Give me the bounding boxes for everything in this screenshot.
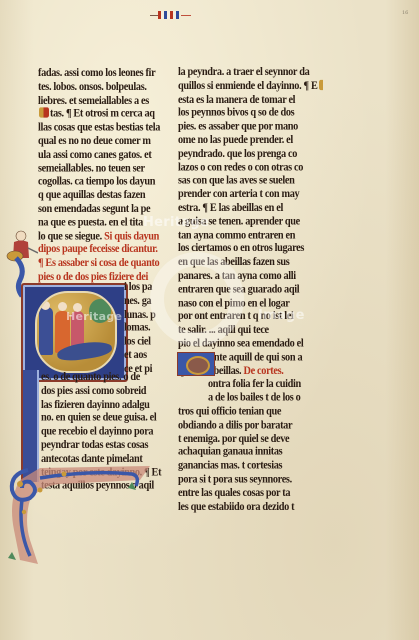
text-line: fadas. assi como los leones fir	[38, 67, 166, 81]
text-line: naso con el pimo en el logar	[178, 297, 323, 311]
figure-icon	[39, 307, 53, 355]
text-line: quillos si enmiende el dayinno. ¶ E	[178, 80, 323, 94]
manuscript-page: 16 fadas. assi como los leones fir tes. …	[0, 0, 419, 640]
text-line: cogollas. ca tiempo los dayun	[38, 176, 166, 190]
figure-head-icon	[41, 301, 50, 310]
text-line: pies. es assaber que por mano	[178, 120, 323, 134]
paragraph-initial-icon	[39, 108, 49, 118]
rubric-line: dipos paupe feceisse dicantur.	[38, 243, 166, 257]
text-line: los ciertamos o en otros lugares	[178, 242, 323, 256]
historiated-initial	[21, 283, 128, 382]
text-line: no. en quien se deue guisa. el	[41, 412, 169, 426]
running-header-ornament	[150, 10, 202, 20]
text-line: ome no las puede prender. el	[178, 134, 323, 148]
small-initial-icon	[177, 352, 215, 376]
text-line: qual es no no deue comer m	[38, 135, 166, 149]
initial-ornament-icon	[186, 356, 210, 375]
text-line: sas con que las aves se suelen	[178, 175, 323, 189]
text-line: tros qui officio tenian que	[178, 405, 323, 419]
text-line: prender con arteria t con may	[178, 188, 323, 202]
text-line: tas. ¶ Et otrosi m cerca aq	[38, 108, 166, 122]
text-line: los peynnos bivos q so de dos	[178, 107, 323, 121]
tree-icon	[89, 299, 111, 323]
text-line: los ciel	[124, 335, 169, 349]
text-line: q que aquillas destas fazen	[38, 189, 166, 203]
text-line: les que estabiido ora dezido t	[178, 500, 323, 514]
text-line: ganancias mas. t cortesias	[178, 459, 323, 473]
flourish-tail-icon	[181, 15, 191, 16]
text-line: t enemiga. por quiel se deve	[178, 432, 323, 446]
text-line: achaquian ganaua innitas	[178, 446, 323, 460]
text-line: a de los bailes t de los o	[178, 392, 323, 406]
text-line: na que es puesta. en el tita	[38, 216, 166, 230]
text-span: quillos si enmiende el dayinno. ¶ E	[178, 80, 318, 93]
text-line: entre las quales cosas por ta	[178, 487, 323, 501]
text-line: a guisa se tenen. aprender que	[178, 215, 323, 229]
blue-bar-icon	[176, 11, 179, 19]
text-line: pora si t pora sus seynnores.	[178, 473, 323, 487]
text-line: ontra folia fer la cuidin	[178, 378, 323, 392]
text-line: esta es la manera de tomar el	[178, 93, 323, 107]
text-span: estra. ¶ E las abeillas en el	[178, 202, 283, 215]
text-line: por ont entraren t q no ist lei	[178, 310, 323, 324]
text-line: estra. ¶ E las abeillas en el	[178, 202, 323, 216]
text-line: peyndrado. que los prenga co	[178, 147, 323, 161]
text-line: panares. a tan ayna como alli	[178, 269, 323, 283]
text-line: et aos	[124, 349, 169, 363]
figure-head-icon	[73, 303, 82, 312]
text-span: tas. ¶ Et otrosi m cerca aq	[50, 108, 155, 121]
text-line: es. o de quanto pies. o de	[41, 371, 169, 385]
text-line: obdiando a dilis por baratar	[178, 419, 323, 433]
miniature-scene	[35, 291, 117, 373]
text-line: nes. ga	[124, 295, 169, 309]
initial-side-text: i los pa nes. ga lunas. p lomas. los cie…	[124, 281, 169, 376]
text-line: pio el dayinno sea emendado el	[178, 337, 323, 351]
border-flourish-icon	[0, 460, 170, 570]
figure-head-icon	[58, 302, 67, 311]
text-line: que recebio el dayinno pora	[41, 425, 169, 439]
text-line: te salir. ... aqill qui tece	[178, 324, 323, 338]
text-span: lo que se siegue.	[38, 230, 102, 243]
text-line: lo que se siegue. Si quis dayun	[38, 230, 166, 244]
flourish-icon	[150, 15, 158, 16]
folio-number: 16	[402, 10, 408, 16]
text-line: peyndrar todas estas cosas	[41, 439, 169, 453]
text-line: dos pies assi como sobreid	[41, 385, 169, 399]
text-line: tes. lobos. onsos. bolpeulas.	[38, 81, 166, 95]
text-line: en que las abeillas fazen sus	[178, 256, 323, 270]
rubric-line: ¶ Es assaber si cosa de quanto	[38, 257, 166, 271]
right-column-text: la peyndra. a traer el seynnor da quillo…	[178, 66, 323, 514]
text-line: i los pa	[124, 281, 169, 295]
text-line: semeiallables. no teuen ser	[38, 162, 166, 176]
text-line: tan ayna commo entraren en	[178, 229, 323, 243]
text-line: las fizieren dayinno adalgu	[41, 398, 169, 412]
rubric-heading: Si quis dayun	[104, 230, 159, 243]
text-line: lomas.	[124, 322, 169, 336]
text-line: son emendadas segunt la pe	[38, 203, 166, 217]
text-line: llas cosas que estas bestias tela	[38, 121, 166, 135]
paragraph-initial-icon	[319, 80, 323, 90]
rubric-heading: De cortes.	[244, 364, 284, 377]
text-line: la peyndra. a traer el seynnor da	[178, 66, 323, 80]
text-line: lazos o con redes o con otras co	[178, 161, 323, 175]
text-line: lunas. p	[124, 308, 169, 322]
text-line: ula assi como canes gatos. et	[38, 148, 166, 162]
left-column-text: fadas. assi como los leones fir tes. lob…	[38, 67, 166, 298]
text-line: liebres. et semeiallables a es	[38, 94, 166, 108]
text-line: entraren que sea guarado aqil	[178, 283, 323, 297]
